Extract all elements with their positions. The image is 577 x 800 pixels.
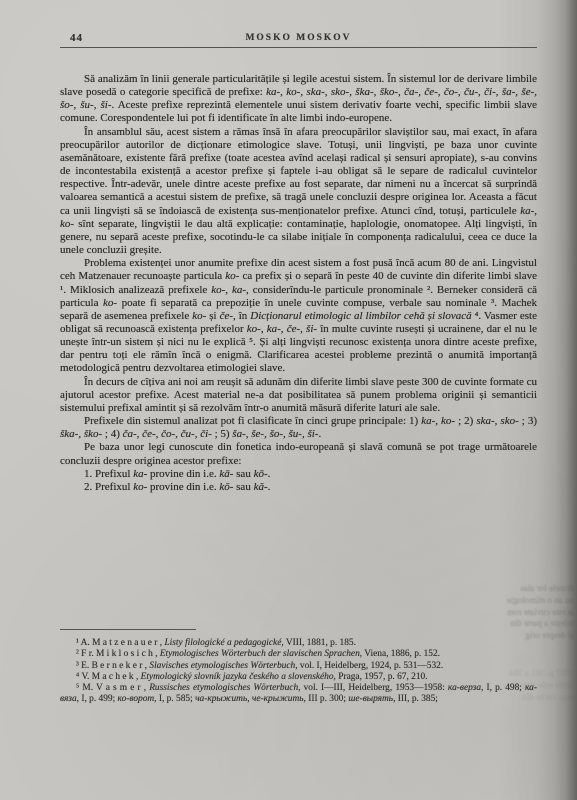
article-body: Să analizăm în linii generale particular…: [60, 73, 537, 494]
conclusion-item-2: 2. Prefixul ko- provine din i.e. kŏ- sau…: [60, 481, 537, 494]
footnote-4: ⁴ V. M a c h e k , Etymologický slovník …: [60, 672, 537, 683]
footnote-3: ³ E. B e r n e k e r , Slavisches etymol…: [60, 661, 537, 672]
footnote-1: ¹ A. M a t z e n a u e r , Listy filolog…: [60, 638, 537, 649]
footnote-2: ² F r. M i k l o s i c h , Etymologische…: [60, 649, 537, 660]
paragraph-4: În decurs de cîțiva ani noi am reușit să…: [60, 376, 537, 415]
paragraph-1: Să analizăm în linii generale particular…: [60, 73, 537, 126]
running-title: MOSKO MOSKOV: [60, 33, 537, 43]
paragraph-6: Pe baza unor legi cunoscute din fonetica…: [60, 441, 537, 467]
conclusion-item-1: 1. Prefixul ka- provine din i.e. kā- sau…: [60, 468, 537, 481]
page-header: 44 MOSKO MOSKOV: [60, 32, 537, 46]
footnote-rule: [60, 629, 196, 630]
scanned-page: 44 MOSKO MOSKOV Să analizăm în linii gen…: [0, 0, 577, 800]
footnotes: ¹ A. M a t z e n a u e r , Listy filolog…: [60, 638, 537, 706]
header-rule: [60, 47, 537, 48]
footnote-5: ⁵ M. V a s m e r , Russisches etymologis…: [60, 683, 537, 706]
paragraph-5: Prefixele din sistemul analizat pot fi c…: [60, 415, 537, 441]
page-edge-shadow: [555, 0, 577, 800]
paragraph-2: În ansamblul său, acest sistem a rămas î…: [60, 126, 537, 258]
paragraph-3: Problema existenței unor anumite prefixe…: [60, 257, 537, 375]
